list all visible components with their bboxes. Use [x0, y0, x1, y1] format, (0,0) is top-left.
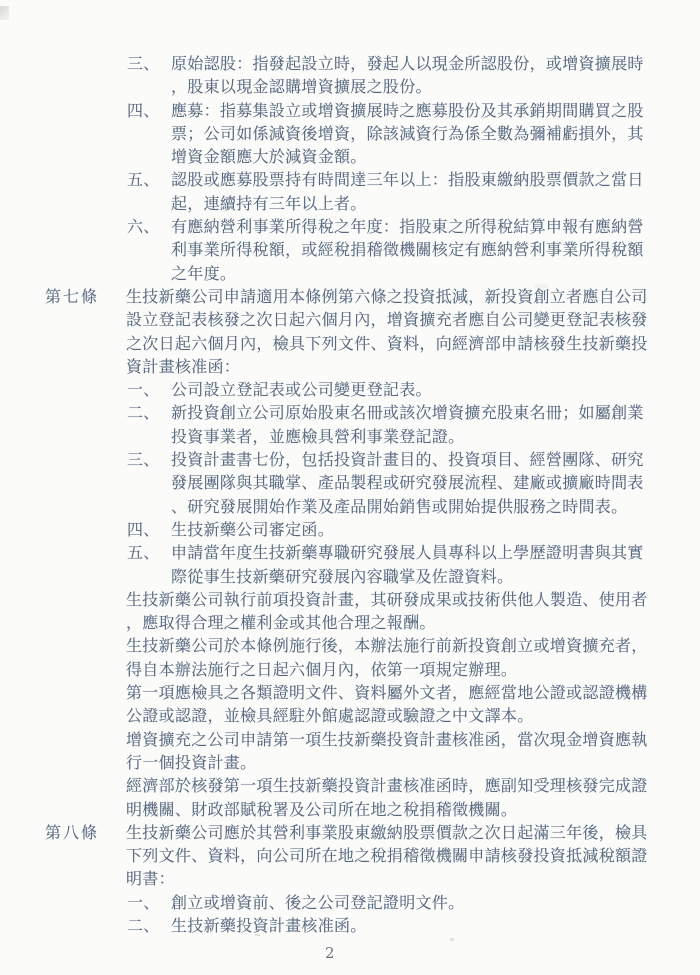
text-line: 行一個投資計畫。: [0, 751, 700, 774]
line-text: 、研究發展開始作業及產品開始銷售或開始提供服務之時間表。: [171, 497, 627, 516]
line-text: 經濟部於核發第一項生技新藥投資計畫核准函時，應副知受理核發完成證: [126, 776, 648, 795]
text-line: 五、認股或應募股票持有時間達三年以上：指股東繳納股票價款之當日: [0, 168, 700, 191]
line-text: 票；公司如係減資後增資，除該減資行為係全數為彌補虧損外，其: [171, 124, 644, 143]
text-line: 三、原始認股：指發起設立時，發起人以現金所認股份，或增資擴展時: [0, 52, 700, 75]
line-text: 新投資創立公司原始股東名冊或該次增資擴充股東名冊；如屬創業: [171, 403, 644, 422]
text-line: 二、新投資創立公司原始股東名冊或該次增資擴充股東名冊；如屬創業: [0, 401, 700, 424]
document-body: 三、原始認股：指發起設立時，發起人以現金所認股份，或增資擴展時，股東以現金認購增…: [0, 52, 700, 937]
list-item-number: 三、: [127, 448, 171, 471]
text-line: 明機關、財政部賦稅署及公司所在地之稅捐稽徵機關。: [0, 798, 700, 821]
text-line: 經濟部於核發第一項生技新藥投資計畫核准函時，應副知受理核發完成證: [0, 774, 700, 797]
line-text: 生技新藥公司應於其營利事業股東繳納股票價款之次日起滿三年後，檢具: [126, 823, 648, 842]
text-line: 明書：: [0, 867, 700, 890]
text-line: 利事業所得稅額，或經稅捐稽徵機關核定有應納營利事業所得稅額: [0, 238, 700, 261]
list-item-number: 一、: [127, 378, 171, 401]
line-text: 行一個投資計畫。: [126, 753, 256, 772]
page-number: 2: [325, 944, 336, 962]
text-line: ，股東以現金認購增資擴展之股份。: [0, 75, 700, 98]
line-text: 有應納營利事業所得稅之年度：指股東之所得稅結算申報有應納營: [171, 217, 644, 236]
text-line: 資計畫核准函：: [0, 355, 700, 378]
text-line: 增資金額應大於減資金額。: [0, 145, 700, 168]
line-text: 認股或應募股票持有時間達三年以上：指股東繳納股票價款之當日: [171, 170, 644, 189]
line-text: 增資金額應大於減資金額。: [171, 147, 367, 166]
line-text: 得自本辦法施行之日起六個月內，依第一項規定辦理。: [126, 660, 517, 679]
line-text: 原始認股：指發起設立時，發起人以現金所認股份，或增資擴展時: [171, 54, 644, 73]
text-line: 公證或認證，並檢具經駐外館處認證或驗證之中文譯本。: [0, 704, 700, 727]
line-text: 際從事生技新藥研究發展內容職掌及佐證資料。: [171, 567, 513, 586]
list-item-number: 二、: [127, 914, 171, 937]
text-line: 之年度。: [0, 262, 700, 285]
text-line: 五、申請當年度生技新藥專職研究發展人員專科以上學歷證明書與其實: [0, 541, 700, 564]
line-text: 起，連續持有三年以上者。: [171, 194, 367, 213]
line-text: 生技新藥投資計畫核准函。: [171, 916, 367, 935]
line-text: 利事業所得稅額，或經稅捐稽徵機關核定有應納營利事業所得稅額: [171, 240, 644, 259]
text-line: 得自本辦法施行之日起六個月內，依第一項規定辦理。: [0, 658, 700, 681]
text-line: 二、生技新藥投資計畫核准函。: [0, 914, 700, 937]
line-text: 公司設立登記表或公司變更登記表。: [171, 380, 432, 399]
text-line: 起，連續持有三年以上者。: [0, 192, 700, 215]
text-line: 三、投資計畫書七份，包括投資計畫目的、投資項目、經營團隊、研究: [0, 448, 700, 471]
text-line: 之次日起六個月內，檢具下列文件、資料，向經濟部申請核發生技新藥投: [0, 332, 700, 355]
line-text: 生技新藥公司申請適用本條例第六條之投資抵減，新投資創立者應自公司: [126, 287, 648, 306]
text-line: 際從事生技新藥研究發展內容職掌及佐證資料。: [0, 565, 700, 588]
line-text: 申請當年度生技新藥專職研究發展人員專科以上學歷證明書與其實: [171, 543, 644, 562]
line-text: 投資事業者，並應檢具營利事業登記證。: [171, 427, 464, 446]
line-text: 增資擴充之公司申請第一項生技新藥投資計畫核准函，當次現金增資應執: [126, 730, 648, 749]
line-text: 生技新藥公司執行前項投資計畫，其研發成果或技術供他人製造、使用者: [126, 590, 648, 609]
line-text: 生技新藥公司於本條例施行後，本辦法施行前新投資創立或增資擴充者，: [126, 636, 648, 655]
text-line: 一、創立或增資前、後之公司登記證明文件。: [0, 891, 700, 914]
text-line: 第七條生技新藥公司申請適用本條例第六條之投資抵減，新投資創立者應自公司: [0, 285, 700, 308]
line-text: 生技新藥公司審定函。: [171, 520, 334, 539]
text-line: 六、有應納營利事業所得稅之年度：指股東之所得稅結算申報有應納營: [0, 215, 700, 238]
line-text: 之年度。: [171, 264, 236, 283]
line-text: 下列文件、資料，向公司所在地之稅捐稽徵機關申請核發投資抵減稅額證: [126, 846, 648, 865]
text-line: 、研究發展開始作業及產品開始銷售或開始提供服務之時間表。: [0, 495, 700, 518]
text-line: 設立登記表核發之次日起六個月內，增資擴充者應自公司變更登記表核發: [0, 308, 700, 331]
text-line: 第一項應檢具之各類證明文件、資料屬外文者，應經當地公證或認證機構: [0, 681, 700, 704]
line-text: 投資計畫書七份，包括投資計畫目的、投資項目、經營團隊、研究: [171, 450, 644, 469]
text-line: 第八條生技新藥公司應於其營利事業股東繳納股票價款之次日起滿三年後，檢具: [0, 821, 700, 844]
line-text: 發展團隊與其職掌、產品製程或研究發展流程、建廠或擴廠時間表: [171, 473, 644, 492]
text-line: 四、生技新藥公司審定函。: [0, 518, 700, 541]
scan-artifact: [0, 6, 9, 20]
line-text: 第一項應檢具之各類證明文件、資料屬外文者，應經當地公證或認證機構: [126, 683, 648, 702]
list-item-number: 四、: [127, 518, 171, 541]
line-text: ，股東以現金認購增資擴展之股份。: [171, 77, 432, 96]
list-item-number: 四、: [127, 99, 171, 122]
article-number: 第七條: [45, 285, 99, 308]
text-line: 增資擴充之公司申請第一項生技新藥投資計畫核准函，當次現金增資應執: [0, 728, 700, 751]
list-item-number: 二、: [127, 401, 171, 424]
text-line: 投資事業者，並應檢具營利事業登記證。: [0, 425, 700, 448]
text-line: 票；公司如係減資後增資，除該減資行為係全數為彌補虧損外，其: [0, 122, 700, 145]
line-text: 之次日起六個月內，檢具下列文件、資料，向經濟部申請核發生技新藥投: [126, 334, 648, 353]
line-text: ，應取得合理之權利金或其他合理之報酬。: [126, 613, 436, 632]
text-line: 生技新藥公司於本條例施行後，本辦法施行前新投資創立或增資擴充者，: [0, 634, 700, 657]
line-text: 明機關、財政部賦稅署及公司所在地之稅捐稽徵機關。: [126, 800, 517, 819]
list-item-number: 五、: [127, 541, 171, 564]
line-text: 創立或增資前、後之公司登記證明文件。: [171, 893, 464, 912]
scanned-document-page: 三、原始認股：指發起設立時，發起人以現金所認股份，或增資擴展時，股東以現金認購增…: [0, 0, 700, 975]
text-line: 四、應募：指募集設立或增資擴展時之應募股份及其承銷期間購買之股: [0, 99, 700, 122]
list-item-number: 五、: [127, 168, 171, 191]
list-item-number: 一、: [127, 891, 171, 914]
text-line: ，應取得合理之權利金或其他合理之報酬。: [0, 611, 700, 634]
text-line: 下列文件、資料，向公司所在地之稅捐稽徵機關申請核發投資抵減稅額證: [0, 844, 700, 867]
article-number: 第八條: [45, 821, 99, 844]
scan-artifact: [450, 938, 454, 941]
line-text: 應募：指募集設立或增資擴展時之應募股份及其承銷期間購買之股: [171, 101, 644, 120]
line-text: 設立登記表核發之次日起六個月內，增資擴充者應自公司變更登記表核發: [126, 310, 648, 329]
list-item-number: 六、: [127, 215, 171, 238]
line-text: 公證或認證，並檢具經駐外館處認證或驗證之中文譯本。: [126, 706, 534, 725]
list-item-number: 三、: [127, 52, 171, 75]
text-line: 生技新藥公司執行前項投資計畫，其研發成果或技術供他人製造、使用者: [0, 588, 700, 611]
text-line: 發展團隊與其職掌、產品製程或研究發展流程、建廠或擴廠時間表: [0, 471, 700, 494]
line-text: 資計畫核准函：: [126, 357, 240, 376]
line-text: 明書：: [126, 869, 175, 888]
text-line: 一、公司設立登記表或公司變更登記表。: [0, 378, 700, 401]
